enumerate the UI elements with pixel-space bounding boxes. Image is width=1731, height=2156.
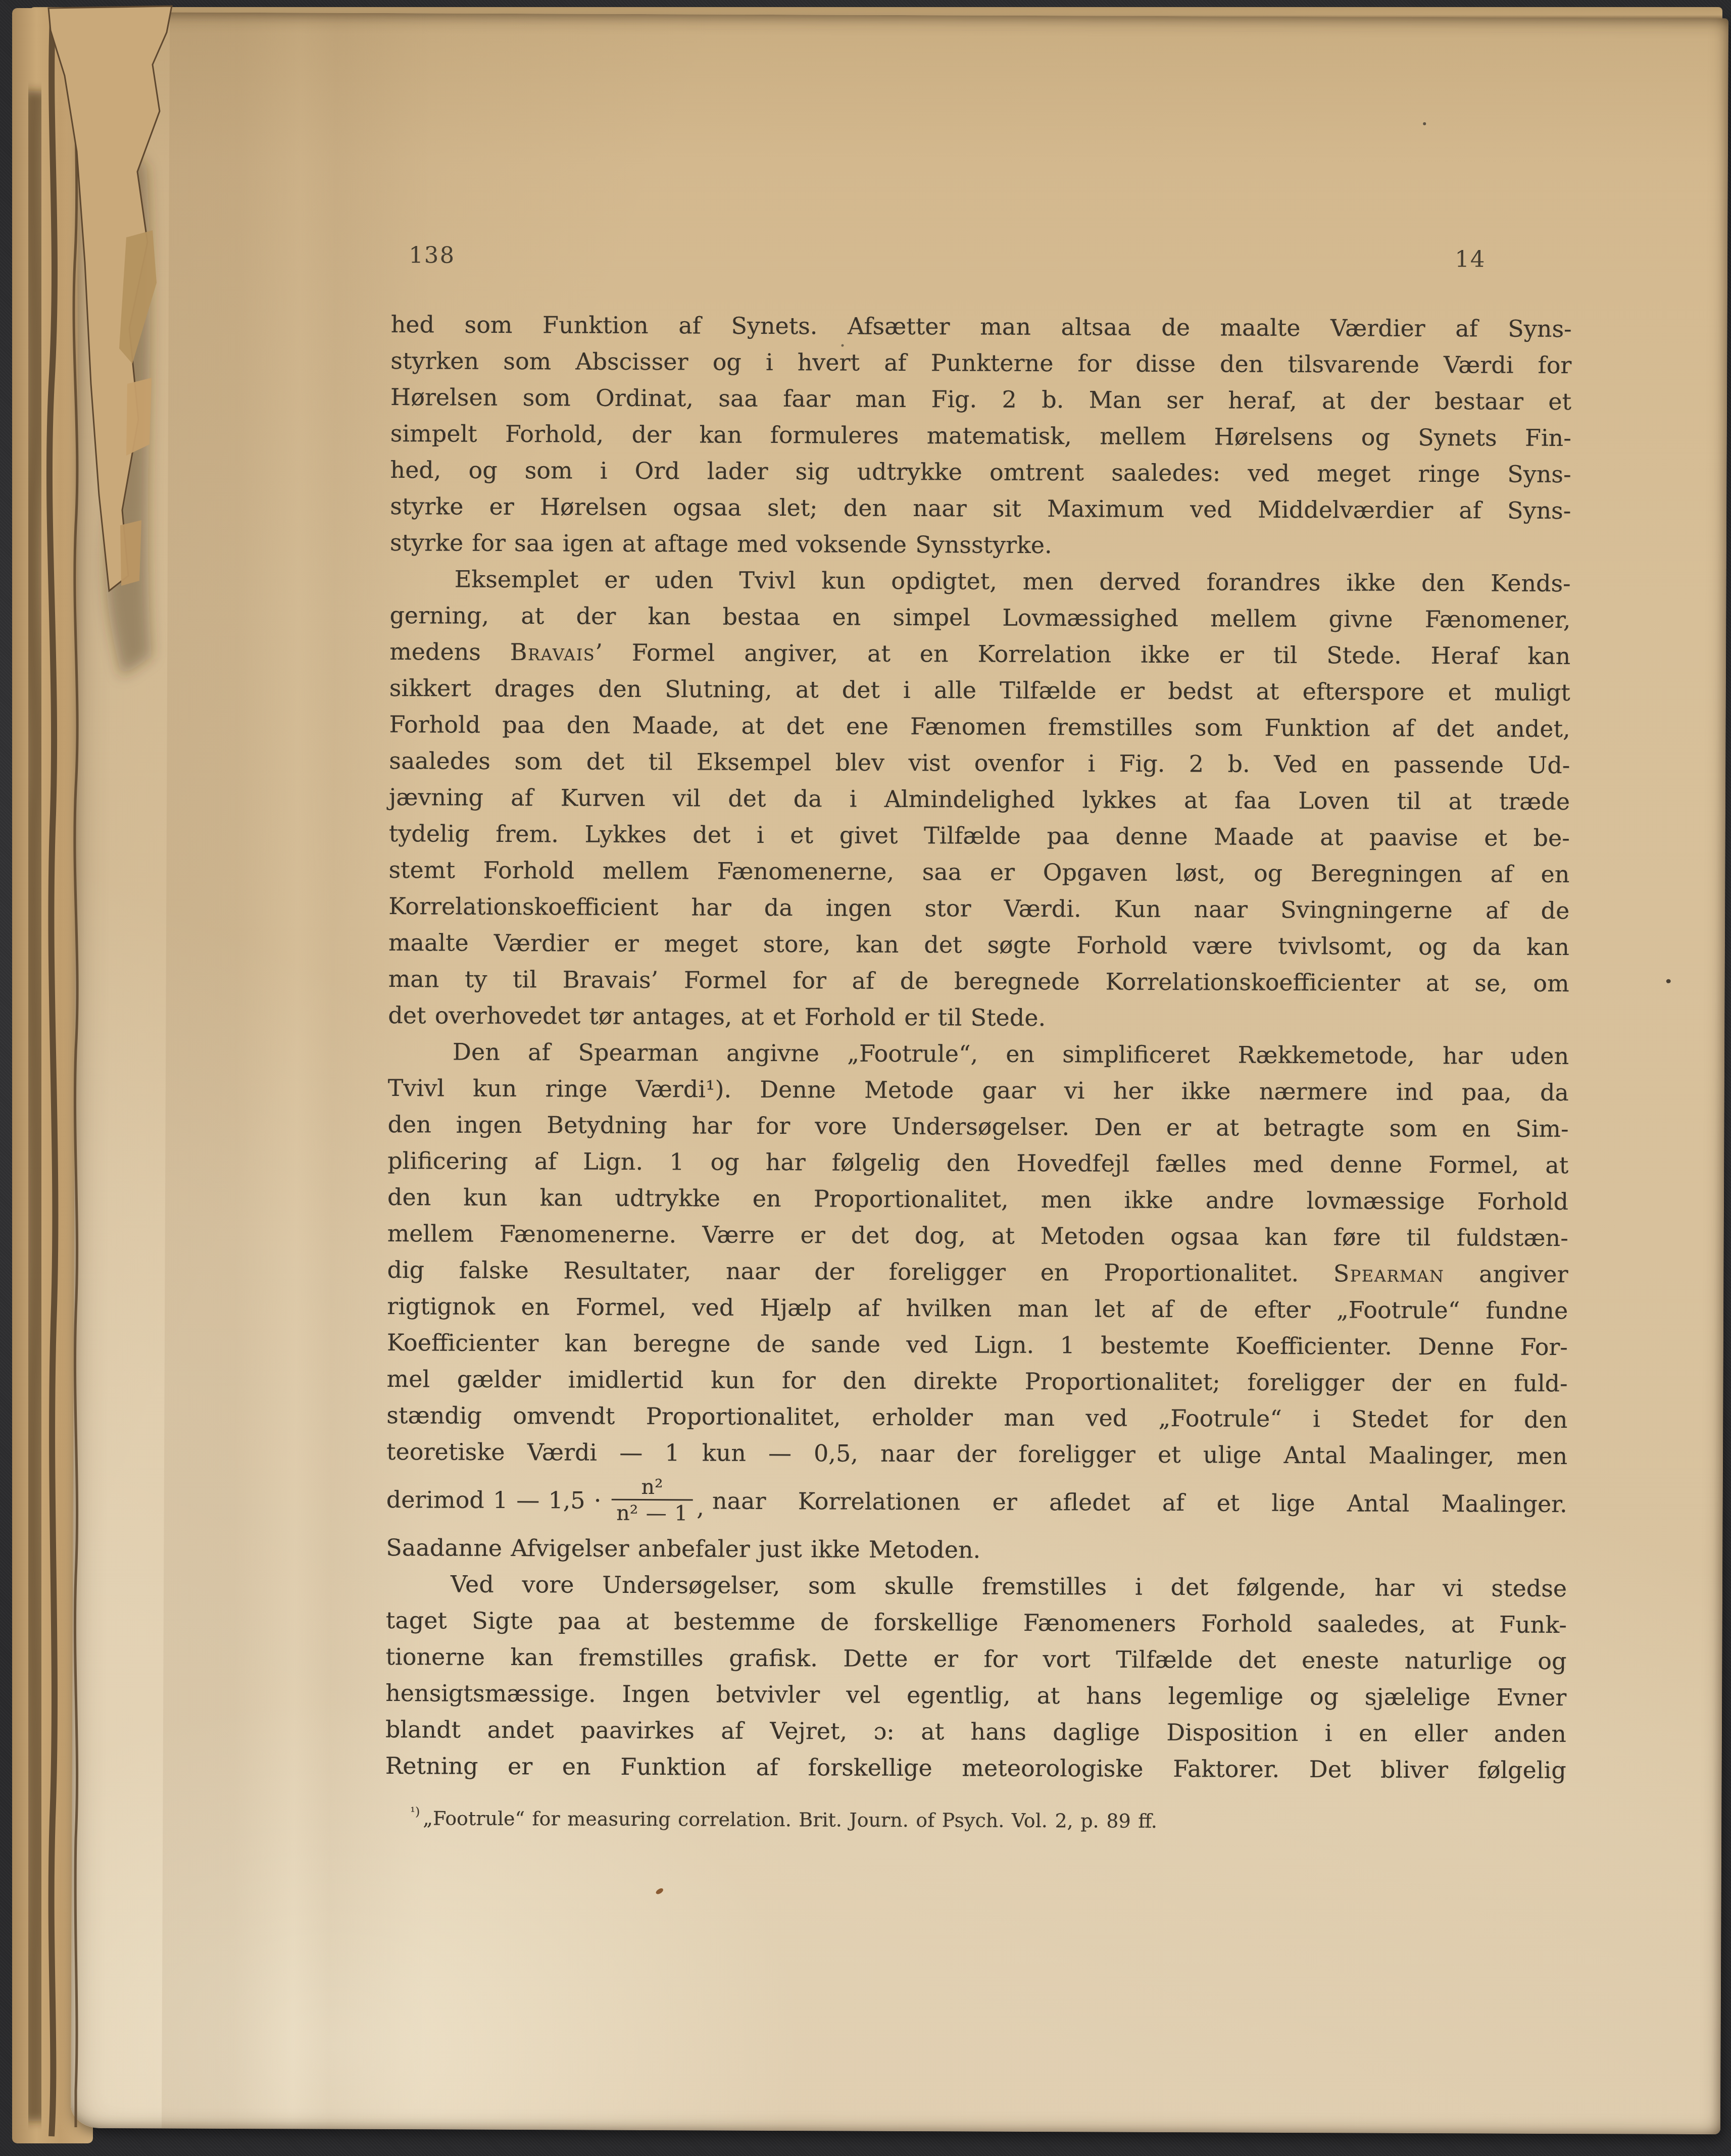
- body-line: mellem Fænomenerne. Værre er det dog, at…: [387, 1215, 1568, 1256]
- formula-suffix: naar Korrelationen er afledet af et lige…: [712, 1483, 1567, 1522]
- formula-denominator: n² — 1: [611, 1499, 693, 1526]
- body-line: det overhovedet tør antages, at et Forho…: [388, 997, 1569, 1038]
- body-line: hensigtsmæssige. Ingen betvivler vel ege…: [385, 1675, 1566, 1716]
- folio-number-right: 14: [1455, 245, 1486, 272]
- paper-speck: [1666, 979, 1671, 983]
- body-line: mel gælder imidlertid kun for den direkt…: [387, 1361, 1568, 1401]
- text-block: hed som Funktion af Synets. Afsætter man…: [385, 306, 1572, 1835]
- body-line: Koefficienter kan beregne de sande ved L…: [387, 1324, 1568, 1365]
- body-line: dig falske Resultater, naar der foreligg…: [387, 1251, 1568, 1292]
- body-line: taget Sigte paa at bestemme de forskelli…: [386, 1602, 1567, 1643]
- body-line: Korrelationskoefficient har da ingen sto…: [388, 888, 1569, 929]
- body-line: Ved vore Undersøgelser, som skulle frems…: [386, 1566, 1567, 1607]
- body-line: tionerne kan fremstilles grafisk. Dette …: [385, 1638, 1566, 1679]
- body-line: jævning af Kurven vil det da i Almindeli…: [389, 779, 1570, 820]
- paper-speck: [842, 344, 844, 347]
- body-line: stemt Forhold mellem Fænomenerne, saa er…: [388, 851, 1569, 892]
- body-line: teoretiske Værdi — 1 kun — 0,5, naar der…: [386, 1433, 1567, 1474]
- body-line: den ingen Betydning har for vore Undersø…: [387, 1106, 1568, 1147]
- body-line: plificering af Lign. 1 og har følgelig d…: [387, 1142, 1568, 1183]
- body-line: Den af Spearman angivne „Footrule“, en s…: [388, 1033, 1569, 1074]
- body-line: styrke for saa igen at aftage med voksen…: [390, 524, 1571, 565]
- body-line: man ty til Bravais’ Formel for af de ber…: [388, 961, 1569, 1001]
- formula-prefix: derimod 1 — 1,5 ·: [386, 1481, 602, 1519]
- body-line: den kun kan udtrykke en Proportionalitet…: [387, 1179, 1568, 1220]
- body-line: styrken som Abscisser og i hvert af Punk…: [390, 342, 1571, 383]
- body-line: stændig omvendt Proportionalitet, erhold…: [386, 1397, 1567, 1438]
- paper-speck: [1423, 122, 1426, 125]
- body-line: medens Bravais’ Formel angiver, at en Ko…: [389, 633, 1570, 674]
- footnote-text: „Footrule“ for measuring correlation. Br…: [423, 1807, 1157, 1832]
- footnote-marker: ¹): [410, 1804, 420, 1819]
- body-line: Forhold paa den Maade, at det ene Fænome…: [389, 706, 1570, 747]
- body-line: rigtignok en Formel, ved Hjælp af hvilke…: [387, 1288, 1568, 1329]
- body-line: saaledes som det til Eksempel blev vist …: [389, 742, 1570, 783]
- body-line: hed som Funktion af Synets. Afsætter man…: [391, 306, 1572, 347]
- body-line: Saadanne Afvigelser anbefaler just ikke …: [386, 1529, 1567, 1570]
- formula-fraction: n²n² — 1: [611, 1476, 693, 1525]
- scanned-book-photo: 138 14 hed som Funktion af Synets. Afsæt…: [0, 0, 1731, 2156]
- footnote: ¹)„Footrule“ for measuring correlation. …: [385, 1799, 1370, 1834]
- page-number-left: 138: [409, 241, 455, 268]
- body-line: simpelt Forhold, der kan formuleres mate…: [390, 415, 1571, 456]
- body-line: Tvivl kun ringe Værdi¹). Denne Metode ga…: [388, 1070, 1569, 1111]
- formula-numerator: n²: [641, 1476, 663, 1499]
- body-line: sikkert drages den Slutning, at det i al…: [389, 670, 1570, 711]
- body-line: Hørelsen som Ordinat, saa faar man Fig. …: [390, 379, 1571, 420]
- body-line: tydelig frem. Lykkes det i et givet Tilf…: [389, 815, 1570, 856]
- paper-speck: [655, 1887, 664, 1895]
- body-line-formula: derimod 1 — 1,5 ·n²n² — 1,naar Korrelati…: [386, 1470, 1567, 1534]
- body-line: maalte Værdier er meget store, kan det s…: [388, 924, 1569, 965]
- formula-comma: ,: [696, 1489, 704, 1530]
- body-line: blandt andet paavirkes af Vejret, ɔ: at …: [385, 1711, 1566, 1752]
- body-line: gerning, at der kan bestaa en simpel Lov…: [389, 597, 1570, 638]
- book-page: 138 14 hed som Funktion af Synets. Afsæt…: [71, 12, 1728, 2135]
- body-line: styrke er Hørelsen ogsaa slet; den naar …: [390, 488, 1571, 529]
- body-line: hed, og som i Ord lader sig udtrykke omt…: [390, 452, 1571, 492]
- body-line: Retning er en Funktion af forskellige me…: [385, 1747, 1566, 1788]
- body-line: Eksemplet er uden Tvivl kun opdigtet, me…: [390, 561, 1571, 601]
